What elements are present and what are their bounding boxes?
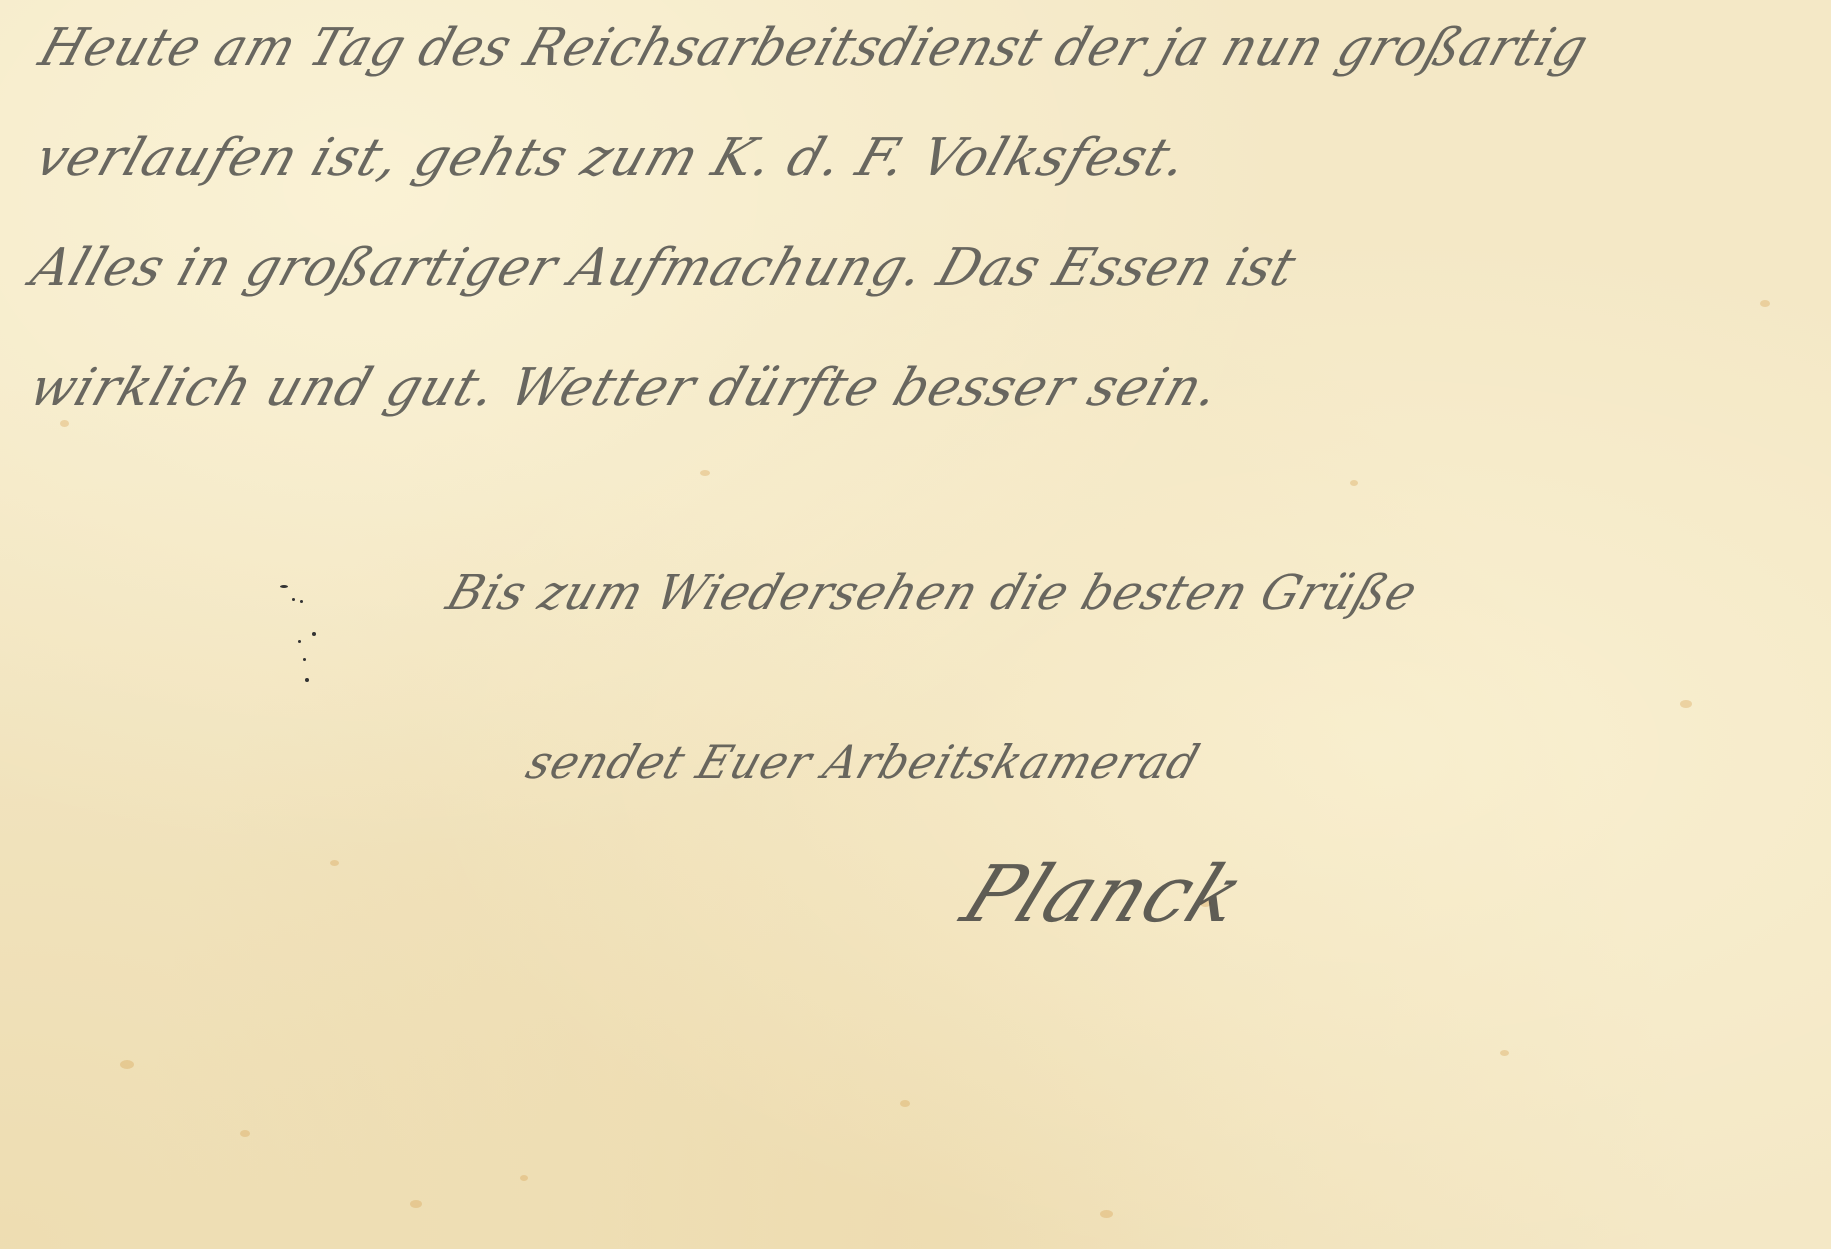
handwritten-text: Heute am Tag des Reichsarbeitsdienst der… (0, 0, 1831, 1249)
signature: Planck (950, 850, 1257, 940)
body-line-1: Heute am Tag des Reichsarbeitsdienst der… (32, 18, 1596, 78)
body-line-3: Alles in großartiger Aufmachung. Das Ess… (24, 238, 1304, 298)
body-line-2: verlaufen ist, gehts zum K. d. F. Volksf… (28, 128, 1196, 188)
body-line-4: wirklich und gut. Wetter dürfte besser s… (22, 358, 1228, 418)
closing-line-1: Bis zum Wiedersehen die besten Grüße (440, 565, 1425, 621)
closing-line-2: sendet Euer Arbeitskamerad (520, 735, 1207, 789)
postcard-back: Heute am Tag des Reichsarbeitsdienst der… (0, 0, 1831, 1249)
